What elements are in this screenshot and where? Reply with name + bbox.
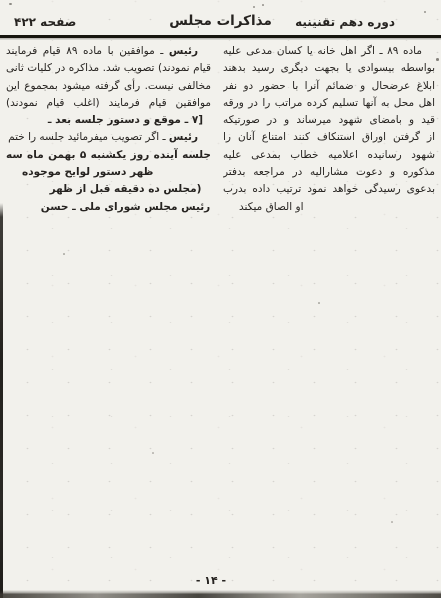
text-line: جلسه آینده روز یکشنبه ۵ بهمن ماه سه ساعت… — [6, 147, 211, 164]
text-line: بواسطه بیسوادی یا بجهت دیگری رسید بدهند … — [223, 60, 435, 77]
bottom-edge-shadow — [0, 590, 441, 598]
scan-speck — [9, 3, 12, 5]
header-rule — [0, 35, 441, 38]
scan-speck — [262, 4, 264, 6]
speaker-name: رئیس — [169, 131, 198, 143]
text-line: شهود رسانیده اعلامیه خطاب بمدعی علیه متض… — [223, 147, 435, 164]
scan-speck — [63, 253, 65, 255]
text-line: بدعوی رسیدگی خواهد نمود ترتیب داده بدرب … — [223, 181, 435, 198]
scan-speck — [424, 11, 426, 13]
left-edge-shadow — [0, 203, 3, 598]
scan-speck — [318, 302, 320, 304]
section-heading-line: [۷ ـ موقع و دستور جلسه بعد ـ ختم جلسه] — [6, 112, 211, 129]
text-line: او الصاق میکند — [223, 199, 435, 216]
page-title: مذاکرات مجلس — [169, 13, 272, 29]
signature-line: رئیس مجلس شورای ملی ـ حسن اسفندیاری — [6, 199, 211, 216]
text-line: مذکوره و دعوت مشارالیه در مراجعه بدفتر م… — [223, 164, 435, 181]
text-line: ابلاغ عرضحال و ضمائم آنرا با حضور دو نفر… — [223, 78, 435, 95]
text-line: ظهر دستور لوایح موجوده — [6, 164, 211, 181]
text-columns: ماده ۸۹ ـ اگر اهل خانه یا کسان مدعی علیه… — [6, 43, 435, 216]
text-line: رئیس ـ موافقین با ماده ۸۹ قیام فرمایند (… — [6, 43, 211, 60]
text-line: قید و بامضای شهود میرساند و در صورتیکه ا… — [223, 112, 435, 129]
text-line: مخالفی نیست. رأی گرفته میشود بمجموع این … — [6, 78, 211, 95]
header-page-label: صفحه ۴۲۲ — [14, 15, 76, 29]
text-line: ماده ۸۹ ـ اگر اهل خانه یا کسان مدعی علیه… — [223, 43, 435, 60]
text-line: موافقین قیام فرمایند (اغلب قیام نمودند) … — [6, 95, 211, 112]
proceedings-column: رئیس ـ موافقین با ماده ۸۹ قیام فرمایند (… — [6, 43, 211, 216]
scan-page: دوره دهم تقنینیه مذاکرات مجلس صفحه ۴۲۲ م… — [0, 0, 441, 598]
text-line: اهل محل به آنها تسلیم کرده مراتب را در و… — [223, 95, 435, 112]
article-column: ماده ۸۹ ـ اگر اهل خانه یا کسان مدعی علیه… — [223, 43, 435, 216]
scan-speck — [253, 6, 255, 8]
scan-speck — [152, 452, 154, 454]
header-session-label: دوره دهم تقنینیه — [295, 15, 395, 29]
speaker-name: رئیس — [169, 45, 198, 57]
footer-page-number: - ۱۴ - — [178, 574, 244, 587]
scan-speck — [391, 521, 393, 523]
scan-speck — [436, 58, 439, 61]
text-line: قیام نمودند) تصویب شد. مذاکره در کلیات ث… — [6, 60, 211, 77]
text-line: از گرفتن اوراق استنکاف کنند امتناع آنان … — [223, 129, 435, 146]
text-line: رئیس ـ اگر تصویب میفرمائید جلسه را ختم ک… — [6, 129, 211, 146]
session-close-note: (مجلس ده دقیقه قبل از ظهر ختم شد) — [6, 181, 211, 198]
